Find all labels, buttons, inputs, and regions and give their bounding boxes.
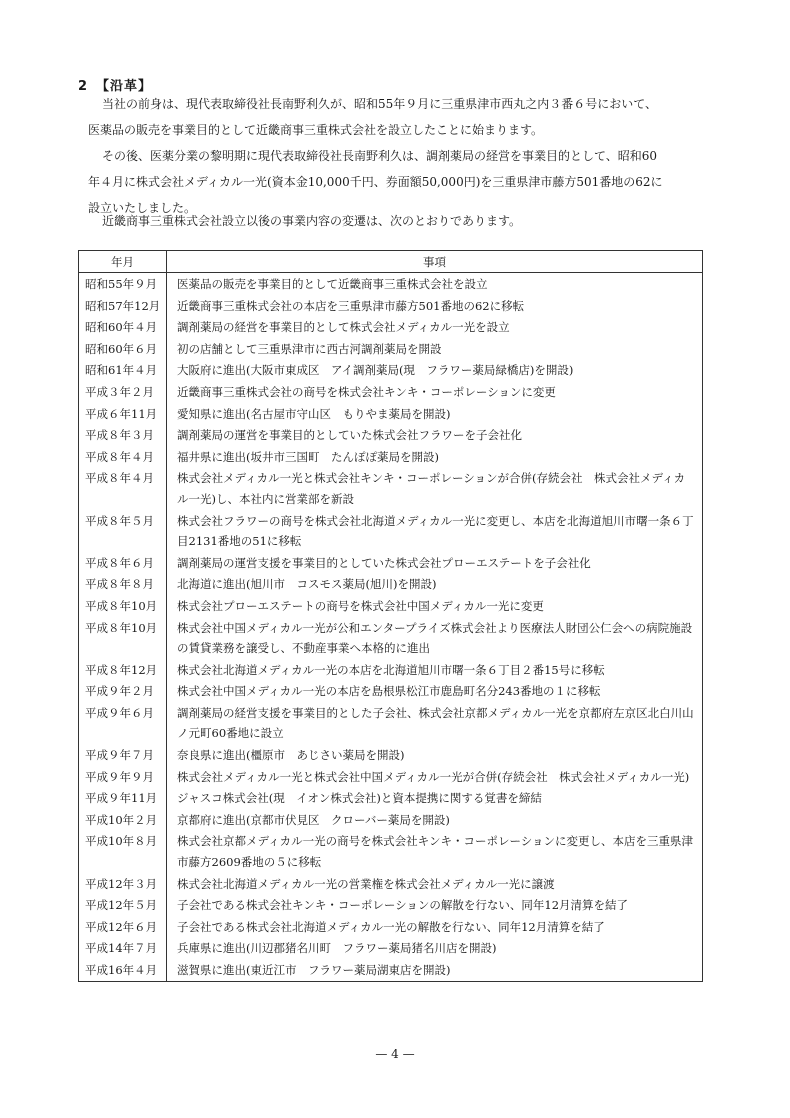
table-row: 平成６年11月愛知県に進出(名古屋市守山区 もりやま薬局を開設) <box>79 403 703 425</box>
table-row: 平成９年７月奈良県に進出(橿原市 あじさい薬局を開設) <box>79 744 703 766</box>
page-number: — 4 — <box>0 1047 790 1061</box>
row-date: 平成９年６月 <box>79 702 167 744</box>
table-row: 平成９年６月調剤薬局の経営支援を事業目的とした子会社、株式会社京都メディカル一光… <box>79 702 703 744</box>
row-date: 平成８年10月 <box>79 617 167 659</box>
table-row: 平成８年４月福井県に進出(坂井市三国町 たんぽぽ薬局を開設) <box>79 446 703 468</box>
row-event: 株式会社京都メディカル一光の商号を株式会社キンキ・コーポレーションに変更し、本店… <box>167 830 703 872</box>
table-row: 平成９年11月ジャスコ株式会社(現 イオン株式会社)と資本提携に関する覚書を締結 <box>79 787 703 809</box>
row-event: 滋賀県に進出(東近江市 フラワー薬局湖東店を開設) <box>167 959 703 981</box>
row-date: 昭和60年６月 <box>79 338 167 360</box>
row-event: 奈良県に進出(橿原市 あじさい薬局を開設) <box>167 744 703 766</box>
row-date: 平成８年６月 <box>79 552 167 574</box>
row-date: 平成９年９月 <box>79 766 167 788</box>
row-date: 平成８年３月 <box>79 424 167 446</box>
row-date: 平成10年８月 <box>79 830 167 872</box>
row-event: 子会社である株式会社北海道メディカル一光の解散を行ない、同年12月清算を結了 <box>167 916 703 938</box>
row-event: 近畿商事三重株式会社の本店を三重県津市藤方501番地の62に移転 <box>167 295 703 317</box>
row-event: 京都府に進出(京都市伏見区 クローバー薬局を開設) <box>167 809 703 831</box>
row-event: 医薬品の販売を事業目的として近畿商事三重株式会社を設立 <box>167 273 703 295</box>
row-date: 平成８年５月 <box>79 510 167 552</box>
table-row: 昭和57年12月近畿商事三重株式会社の本店を三重県津市藤方501番地の62に移転 <box>79 295 703 317</box>
paragraph-line: 近畿商事三重株式会社設立以後の事業内容の変遷は、次のとおりであります。 <box>88 214 521 228</box>
row-event: 調剤薬局の経営を事業目的として株式会社メディカル一光を設立 <box>167 316 703 338</box>
row-event: 子会社である株式会社キンキ・コーポレーションの解散を行ない、同年12月清算を結了 <box>167 894 703 916</box>
row-date: 平成８年10月 <box>79 595 167 617</box>
table-row: 平成12年５月子会社である株式会社キンキ・コーポレーションの解散を行ない、同年1… <box>79 894 703 916</box>
paragraph-line: その後、医薬分業の黎明期に現代表取締役社長南野利久は、調剤薬局の経営を事業目的と… <box>88 149 657 163</box>
row-event: 株式会社中国メディカル一光の本店を島根県松江市鹿島町名分243番地の１に移転 <box>167 680 703 702</box>
row-date: 昭和55年９月 <box>79 273 167 295</box>
row-date: 昭和61年４月 <box>79 359 167 381</box>
table-row: 昭和55年９月医薬品の販売を事業目的として近畿商事三重株式会社を設立 <box>79 273 703 295</box>
table-row: 平成８年８月北海道に進出(旭川市 コスモス薬局(旭川)を開設) <box>79 573 703 595</box>
row-event: 株式会社メディカル一光と株式会社キンキ・コーポレーションが合併(存続会社 株式会… <box>167 467 703 509</box>
row-event: 兵庫県に進出(川辺郡猪名川町 フラワー薬局猪名川店を開設) <box>167 937 703 959</box>
table-row: 平成８年３月調剤薬局の運営を事業目的としていた株式会社フラワーを子会社化 <box>79 424 703 446</box>
table-row: 平成16年４月滋賀県に進出(東近江市 フラワー薬局湖東店を開設) <box>79 959 703 981</box>
table-row: 平成12年３月株式会社北海道メディカル一光の営業権を株式会社メディカル一光に譲渡 <box>79 873 703 895</box>
row-date: 平成12年３月 <box>79 873 167 895</box>
table-row: 平成９年２月株式会社中国メディカル一光の本店を島根県松江市鹿島町名分243番地の… <box>79 680 703 702</box>
row-date: 平成10年２月 <box>79 809 167 831</box>
row-date: 平成８年４月 <box>79 467 167 509</box>
row-event: 大阪府に進出(大阪市東成区 アイ調剤薬局(現 フラワー薬局緑橋店)を開設) <box>167 359 703 381</box>
row-date: 平成８年４月 <box>79 446 167 468</box>
row-event: 調剤薬局の経営支援を事業目的とした子会社、株式会社京都メディカル一光を京都府左京… <box>167 702 703 744</box>
table-header-row: 年月 事項 <box>79 251 703 273</box>
row-event: 北海道に進出(旭川市 コスモス薬局(旭川)を開設) <box>167 573 703 595</box>
company-history-table: 年月 事項 昭和55年９月医薬品の販売を事業目的として近畿商事三重株式会社を設立… <box>78 250 703 982</box>
table-row: 平成８年６月調剤薬局の運営支援を事業目的としていた株式会社プローエステートを子会… <box>79 552 703 574</box>
row-date: 平成12年６月 <box>79 916 167 938</box>
table-row: 平成９年９月株式会社メディカル一光と株式会社中国メディカル一光が合併(存続会社 … <box>79 766 703 788</box>
table-row: 平成８年10月株式会社中国メディカル一光が公和エンタープライズ株式会社より医療法… <box>79 617 703 659</box>
table-row: 昭和60年６月初の店舗として三重県津市に西古河調剤薬局を開設 <box>79 338 703 360</box>
table-row: 平成10年８月株式会社京都メディカル一光の商号を株式会社キンキ・コーポレーション… <box>79 830 703 872</box>
row-date: 平成９年２月 <box>79 680 167 702</box>
row-date: 平成14年７月 <box>79 937 167 959</box>
row-event: 株式会社フラワーの商号を株式会社北海道メディカル一光に変更し、本店を北海道旭川市… <box>167 510 703 552</box>
row-event: 初の店舗として三重県津市に西古河調剤薬局を開設 <box>167 338 703 360</box>
table-row: 平成８年４月株式会社メディカル一光と株式会社キンキ・コーポレーションが合併(存続… <box>79 467 703 509</box>
paragraph-line: 医薬品の販売を事業目的として近畿商事三重株式会社を設立したことに始まります。 <box>88 123 543 137</box>
section-number: 2 <box>78 79 88 94</box>
row-event: ジャスコ株式会社(現 イオン株式会社)と資本提携に関する覚書を締結 <box>167 787 703 809</box>
row-date: 平成８年12月 <box>79 659 167 681</box>
row-event: 株式会社プローエステートの商号を株式会社中国メディカル一光に変更 <box>167 595 703 617</box>
row-event: 株式会社メディカル一光と株式会社中国メディカル一光が合併(存続会社 株式会社メデ… <box>167 766 703 788</box>
table-row: 昭和60年４月調剤薬局の経営を事業目的として株式会社メディカル一光を設立 <box>79 316 703 338</box>
header-event: 事項 <box>167 251 703 273</box>
intro-paragraph-3: 近畿商事三重株式会社設立以後の事業内容の変遷は、次のとおりであります。 <box>88 208 718 234</box>
row-event: 愛知県に進出(名古屋市守山区 もりやま薬局を開設) <box>167 403 703 425</box>
table-row: 平成８年12月株式会社北海道メディカル一光の本店を北海道旭川市曙一条６丁目２番1… <box>79 659 703 681</box>
row-date: 平成８年８月 <box>79 573 167 595</box>
row-date: 平成16年４月 <box>79 959 167 981</box>
header-date: 年月 <box>79 251 167 273</box>
table-row: 平成８年５月株式会社フラワーの商号を株式会社北海道メディカル一光に変更し、本店を… <box>79 510 703 552</box>
row-date: 平成３年２月 <box>79 381 167 403</box>
table-row: 平成12年６月子会社である株式会社北海道メディカル一光の解散を行ない、同年12月… <box>79 916 703 938</box>
row-date: 平成９年11月 <box>79 787 167 809</box>
row-date: 平成９年７月 <box>79 744 167 766</box>
table-row: 平成14年７月兵庫県に進出(川辺郡猪名川町 フラワー薬局猪名川店を開設) <box>79 937 703 959</box>
intro-paragraph-1: 当社の前身は、現代表取締役社長南野利久が、昭和55年９月に三重県津市西丸之内３番… <box>88 91 718 143</box>
paragraph-line: 年４月に株式会社メディカル一光(資本金10,000千円、券面額50,000円)を… <box>88 175 663 189</box>
row-event: 株式会社中国メディカル一光が公和エンタープライズ株式会社より医療法人財団公仁会へ… <box>167 617 703 659</box>
row-date: 昭和60年４月 <box>79 316 167 338</box>
row-event: 株式会社北海道メディカル一光の営業権を株式会社メディカル一光に譲渡 <box>167 873 703 895</box>
table-row: 平成３年２月近畿商事三重株式会社の商号を株式会社キンキ・コーポレーションに変更 <box>79 381 703 403</box>
table-body: 昭和55年９月医薬品の販売を事業目的として近畿商事三重株式会社を設立昭和57年1… <box>79 273 703 982</box>
table-row: 昭和61年４月大阪府に進出(大阪市東成区 アイ調剤薬局(現 フラワー薬局緑橋店)… <box>79 359 703 381</box>
row-date: 昭和57年12月 <box>79 295 167 317</box>
row-event: 調剤薬局の運営支援を事業目的としていた株式会社プローエステートを子会社化 <box>167 552 703 574</box>
row-date: 平成６年11月 <box>79 403 167 425</box>
table-row: 平成10年２月京都府に進出(京都市伏見区 クローバー薬局を開設) <box>79 809 703 831</box>
row-date: 平成12年５月 <box>79 894 167 916</box>
row-event: 調剤薬局の運営を事業目的としていた株式会社フラワーを子会社化 <box>167 424 703 446</box>
paragraph-line: 当社の前身は、現代表取締役社長南野利久が、昭和55年９月に三重県津市西丸之内３番… <box>88 97 657 111</box>
row-event: 福井県に進出(坂井市三国町 たんぽぽ薬局を開設) <box>167 446 703 468</box>
table-row: 平成８年10月株式会社プローエステートの商号を株式会社中国メディカル一光に変更 <box>79 595 703 617</box>
row-event: 近畿商事三重株式会社の商号を株式会社キンキ・コーポレーションに変更 <box>167 381 703 403</box>
row-event: 株式会社北海道メディカル一光の本店を北海道旭川市曙一条６丁目２番15号に移転 <box>167 659 703 681</box>
